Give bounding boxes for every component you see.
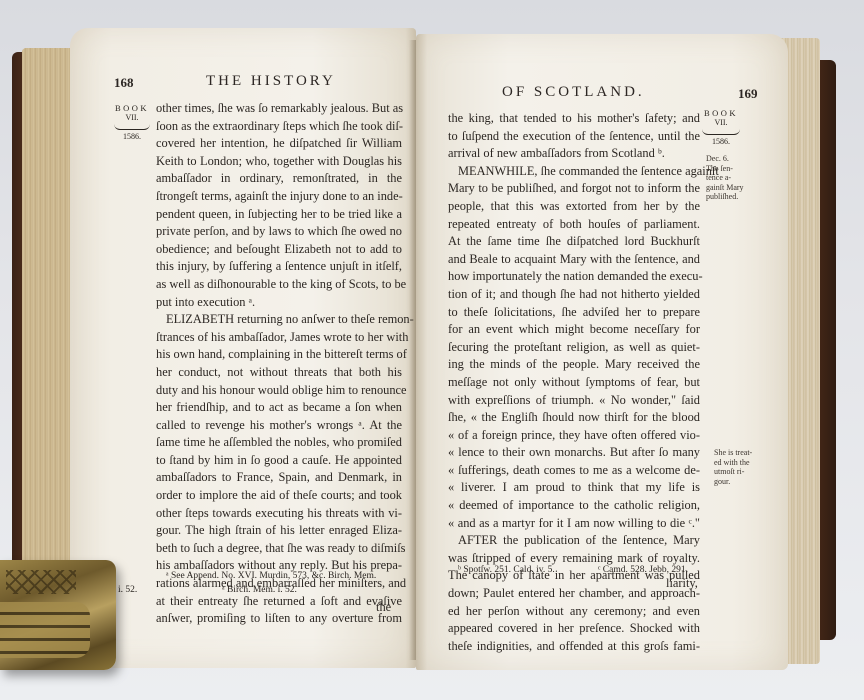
text-line: put into execution ᵃ. [156, 294, 402, 312]
text-line: arrival of new ambaſſadors from Scotland… [448, 145, 700, 163]
text-line: down; Paulet entered her chamber, and ap… [448, 585, 700, 603]
text-line: private perſon, and by laws to which ſhe… [156, 223, 402, 241]
text-line: this injury, by ſuffering a ſentence unj… [156, 258, 402, 276]
book-label: BOOK [115, 103, 149, 113]
text-line: ELIZABETH returning no anſwer to theſe r… [156, 311, 402, 329]
sidenote-line: gour. [714, 477, 764, 487]
catchword: liarity, [666, 576, 698, 591]
text-line: « and as a martyr for it I am now willin… [448, 515, 700, 533]
text-line: with expreſſions of triumph. « No wonder… [448, 392, 700, 410]
text-line: to ſtand by him in ſo good a cauſe. He a… [156, 452, 402, 470]
sidenote-line: ed with the [714, 458, 764, 468]
brace-icon [702, 128, 740, 135]
text-line: « ſufferings, death comes to me as a wel… [448, 462, 700, 480]
brass-hand-paperweight [0, 560, 116, 670]
volume-label: VII. [112, 113, 152, 122]
text-line: « liverer. I am proud to think that my l… [448, 479, 700, 497]
text-line: the king, that tended to his mother's ſa… [448, 110, 700, 128]
sidenote-line: She is treat- [714, 448, 764, 458]
text-line: ſoon as the extraordinary ſteps which ſh… [156, 118, 402, 136]
year-label: 1586. [700, 137, 742, 146]
lattice-cuff-pattern [6, 570, 76, 594]
text-line: called to revenge his mother's wrongs ᵃ.… [156, 417, 402, 435]
left-body-text: other times, ſhe was ſo remarkably jealo… [156, 100, 402, 628]
text-line: AFTER the publication of the ſentence, M… [448, 532, 700, 550]
sidenote-treated-rigour: She is treat- ed with the utmoſt ri- gou… [714, 448, 764, 486]
text-line: anſwer, promiſing to liſten to any overt… [156, 610, 402, 628]
text-line: ſtrances of his ambaſſador, James wrote … [156, 329, 402, 347]
footnote: i. 52. [118, 584, 137, 597]
book-label: BOOK [704, 108, 738, 118]
text-line: ed her perſon without any ceremony; and … [448, 603, 700, 621]
text-line: ing the minds of the people. Mary receiv… [448, 356, 700, 374]
text-line: ſtrongeſt terms, againſt the injury done… [156, 188, 402, 206]
left-page-number: 168 [114, 75, 134, 91]
text-line: ambaſſador in ordinary, remonſtrated, in… [156, 170, 402, 188]
left-page: 168 THE HISTORY BOOK VII. 1586. other ti… [70, 28, 416, 668]
text-line: to theſe ſolicitations, ſhe adviſed her … [448, 304, 700, 322]
right-margin-label: BOOK VII. 1586. [700, 108, 742, 146]
right-page: OF SCOTLAND. 169 BOOK VII. 1586. Dec. 6.… [416, 34, 788, 670]
text-line: how importunately the nation demanded th… [448, 268, 700, 286]
right-page-number: 169 [738, 86, 758, 102]
text-line: « deemed of importance to the catholic r… [448, 497, 700, 515]
text-line: ſecuring the proteſtant religion, as wel… [448, 339, 700, 357]
text-line: Mary to be publiſhed, and forgot not to … [448, 180, 700, 198]
text-line: ſame time he aſſembled the nobles, who p… [156, 434, 402, 452]
text-line: At the ſame time ſhe diſpatched lord Buc… [448, 233, 700, 251]
text-line: other ſteps towards executing his threat… [156, 505, 402, 523]
text-line: for an event which might become neceſſar… [448, 321, 700, 339]
text-line: tion of it; and though ſhe had not hithe… [448, 286, 700, 304]
text-line: theſe indignities, and offended at this … [448, 638, 700, 656]
text-line: ſhe, « the Engliſh ſhould now thirſt for… [448, 409, 700, 427]
text-line: to ſuſpend the execution of the ſentence… [448, 128, 700, 146]
sidenote-line: utmoſt ri- [714, 467, 764, 477]
text-line: duty and his honour would oblige him to … [156, 382, 402, 400]
text-line: Keith to London; who, together with Doug… [156, 153, 402, 171]
brace-icon [114, 123, 150, 130]
text-line: pendent queen, in ſubjecting her to be t… [156, 206, 402, 224]
year-label: 1586. [112, 132, 152, 141]
text-line: people, that this was extorted from her … [448, 198, 700, 216]
footnote: ᵇ Spotſw. 251. Cald. iv. 5. [458, 564, 555, 577]
text-line: order to implore the aid of theſe courts… [156, 487, 402, 505]
text-line: ambaſſadors to France, Spain, and Denmar… [156, 469, 402, 487]
text-line: MEANWHILE, ſhe commanded the ſentence ag… [448, 163, 700, 181]
footnote: ᵃ See Append. No. XVI. Murdin, 573, &c. … [166, 570, 376, 583]
text-line: and Beale to acquaint Mary with the ſent… [448, 251, 700, 269]
sidenote-line: gainſt Mary [706, 183, 756, 193]
text-line: beth to ſuch a degree, that ſhe was read… [156, 540, 402, 558]
text-line: obedience; and beſought Elizabeth not to… [156, 241, 402, 259]
catchword: the [376, 600, 391, 615]
right-running-head: OF SCOTLAND. [502, 84, 645, 101]
left-margin-label: BOOK VII. 1586. [112, 103, 152, 141]
text-line: his own hand, complaining in the bittere… [156, 346, 402, 364]
volume-label: VII. [700, 118, 742, 127]
text-line: her conduct, not without threats that bo… [156, 364, 402, 382]
text-line: gour. The high ſtrain of his letter enra… [156, 522, 402, 540]
text-line: appeared covered in her preſence. Shocke… [448, 620, 700, 638]
hand-fingers [0, 602, 90, 658]
text-line: « of a foreign prince, they have often o… [448, 427, 700, 445]
text-line: repeated entreaty of both houſes of parl… [448, 216, 700, 234]
text-line: « lence to their own monarchs. But after… [448, 444, 700, 462]
text-line: her friendſhip, and to act as became a ſ… [156, 399, 402, 417]
text-line: meſſage not only without ſymptoms of fea… [448, 374, 700, 392]
footnote: ᵃ Birch. Mem. i. 52. [222, 584, 297, 597]
text-line: other times, ſhe was ſo remarkably jealo… [156, 100, 402, 118]
text-line: as well as diſhonourable to the king of … [156, 276, 402, 294]
text-line: covered her intention, he diſpatched ſir… [156, 135, 402, 153]
sidenote-line: publiſhed. [706, 192, 756, 202]
sidenote-line: Dec. 6. [706, 154, 756, 164]
left-running-head: THE HISTORY [206, 73, 336, 90]
